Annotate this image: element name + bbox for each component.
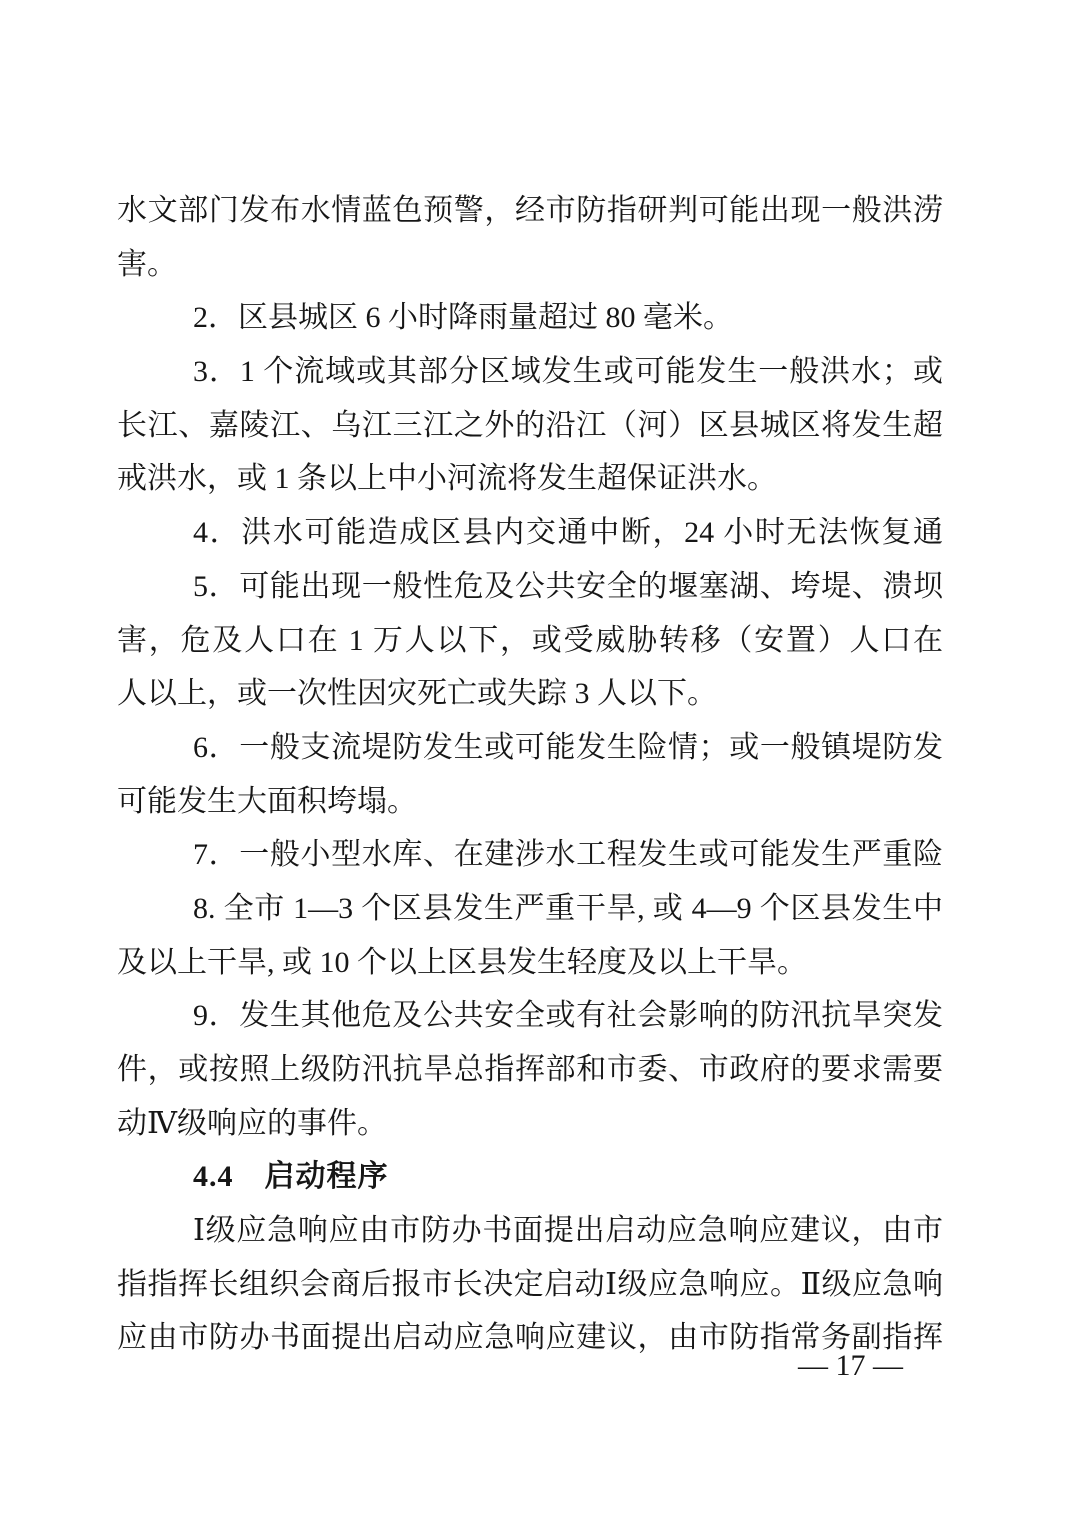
text-line: 8. 全市 1—3 个区县发生严重干旱, 或 4—9 个区县发生中度 [117, 882, 943, 936]
text-line: 4．洪水可能造成区县内交通中断，24 小时无法恢复通行。 [117, 506, 943, 560]
text-line: 2．区县城区 6 小时降雨量超过 80 毫米。 [117, 291, 943, 345]
text-line: 长江、嘉陵江、乌江三江之外的沿江（河）区县城区将发生超警 [117, 399, 943, 453]
page-number: — 17 — [798, 1346, 903, 1386]
text-line: 件，或按照上级防汛抗旱总指挥部和市委、市政府的要求需要启 [117, 1043, 943, 1097]
text-line: 可能发生大面积垮塌。 [117, 775, 943, 829]
text-line: 害，危及人口在 1 万人以下，或受威胁转移（安置）人口在 3000 [117, 614, 943, 668]
text-line: 人以上，或一次性因灾死亡或失踪 3 人以下。 [117, 667, 943, 721]
section-heading: 4.4 启动程序 [117, 1150, 943, 1204]
document-body: 水文部门发布水情蓝色预警，经市防指研判可能出现一般洪涝灾害。2．区县城区 6 小… [117, 184, 943, 1365]
text-line: 3．1 个流域或其部分区域发生或可能发生一般洪水；或预报 [117, 345, 943, 399]
text-line: 6．一般支流堤防发生或可能发生险情；或一般镇堤防发生或 [117, 721, 943, 775]
text-line: 戒洪水，或 1 条以上中小河流将发生超保证洪水。 [117, 452, 943, 506]
text-line: 及以上干旱, 或 10 个以上区县发生轻度及以上干旱。 [117, 936, 943, 990]
text-line: 7．一般小型水库、在建涉水工程发生或可能发生严重险情。 [117, 828, 943, 882]
text-line: 9．发生其他危及公共安全或有社会影响的防汛抗旱突发事 [117, 989, 943, 1043]
text-line: 指指挥长组织会商后报市长决定启动Ⅰ级应急响应。Ⅱ级应急响 [117, 1258, 943, 1312]
document-page: 水文部门发布水情蓝色预警，经市防指研判可能出现一般洪涝灾害。2．区县城区 6 小… [0, 0, 1075, 1521]
text-line: 害。 [117, 238, 943, 292]
text-line: 5．可能出现一般性危及公共安全的堰塞湖、垮堤、溃坝等灾 [117, 560, 943, 614]
text-line: Ⅰ级应急响应由市防办书面提出启动应急响应建议，由市防 [117, 1204, 943, 1258]
text-line: 水文部门发布水情蓝色预警，经市防指研判可能出现一般洪涝灾 [117, 184, 943, 238]
text-line: 动Ⅳ级响应的事件。 [117, 1097, 943, 1151]
